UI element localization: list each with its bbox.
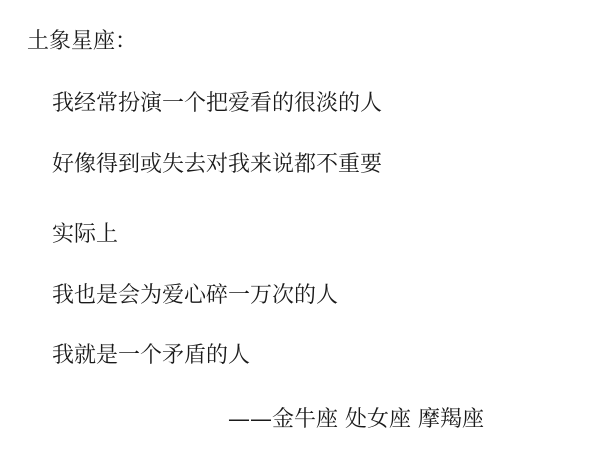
poem-line: 好像得到或失去对我来说都不重要 — [52, 152, 382, 178]
poem-line: 实际上 — [52, 222, 118, 248]
poem-line: 我就是一个矛盾的人 — [52, 343, 250, 369]
poem-line: 我经常扮演一个把爱看的很淡的人 — [52, 91, 382, 117]
document-title: 土象星座： — [27, 29, 137, 55]
poem-line: 我也是会为爱心碎一万次的人 — [52, 283, 338, 309]
signature: ——金牛座 处女座 摩羯座 — [228, 407, 484, 433]
